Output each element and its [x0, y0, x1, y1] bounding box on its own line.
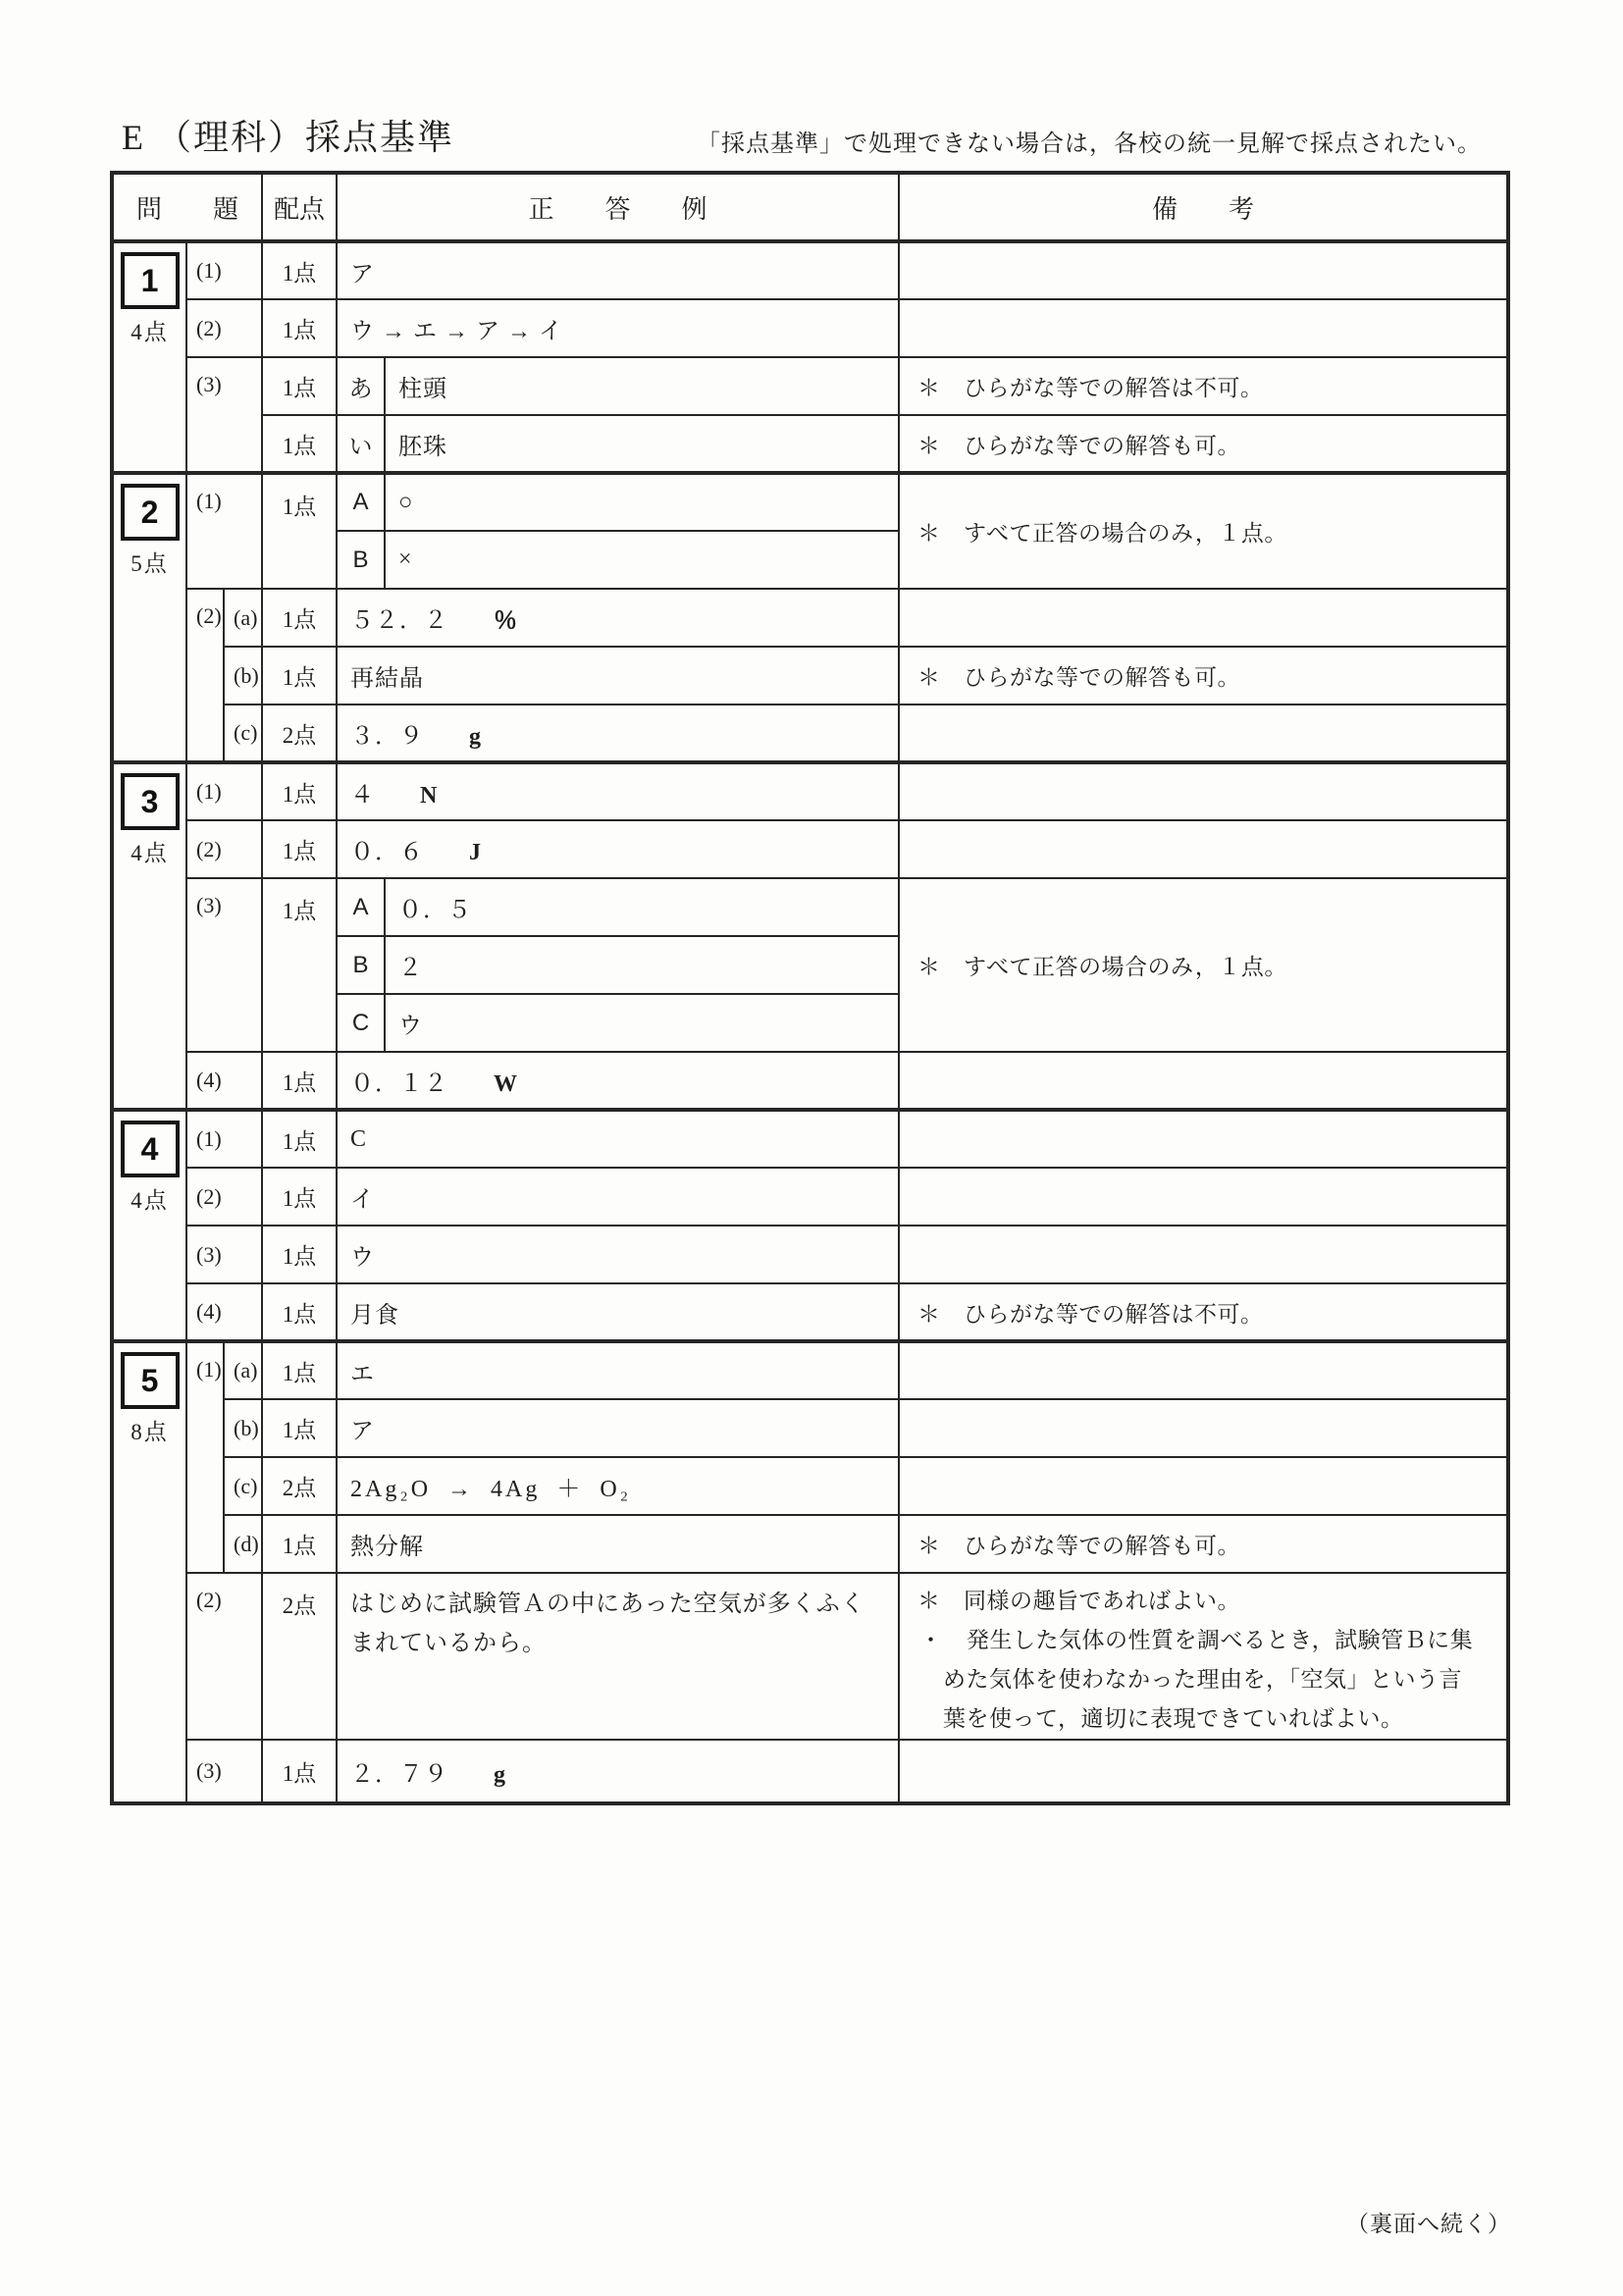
remarks-cell [899, 1457, 1508, 1515]
answer-cell: はじめに試験管Ａの中にあった空気が多くふくまれているから。 [337, 1573, 899, 1740]
question-number-cell: 2 5点 [112, 473, 186, 762]
points-cell: 1点 [262, 589, 337, 647]
rubric-table: 問 題 配点 正 答 例 備 考 1 4点 (1) 1点 ア (2) 1点 [110, 171, 1510, 1805]
sub-question-letter-cell: (c) [224, 1457, 262, 1515]
answer-cell: ア [337, 241, 899, 299]
points-cell: 1点 [262, 1226, 337, 1283]
question-number-cell: 4 4点 [112, 1110, 186, 1341]
sub-question-cell: (2) [186, 1168, 262, 1226]
answer-value: ５２．２ [350, 608, 448, 634]
table-row: (3) 1点 あ 柱頭 ＊ ひらがな等での解答は不可。 [112, 357, 1508, 415]
answer-cell: 胚珠 [385, 415, 899, 473]
answer-cell: ウ → エ → ア → イ [337, 299, 899, 357]
sub-question-cell: (1) [186, 241, 262, 299]
remarks-cell [899, 1052, 1508, 1110]
answer-unit: g [469, 724, 482, 750]
question-number-cell: 3 4点 [112, 762, 186, 1110]
sub-question-cell: (1) [186, 1341, 224, 1573]
remarks-cell: ＊ ひらがな等での解答も可。 [899, 647, 1508, 704]
header-note: 「採点基準」で処理できない場合は，各校の統一見解で採点されたい。 [697, 124, 1482, 158]
points-cell: 1点 [262, 1283, 337, 1341]
table-row: 2 5点 (1) 1点 A ○ ＊ すべて正答の場合のみ，１点。 [112, 473, 1508, 531]
remarks-cell [899, 704, 1508, 762]
table-row: (2) (a) 1点 ５２．２％ [112, 589, 1508, 647]
table-row: (2) 1点 イ [112, 1168, 1508, 1226]
answer-cell: イ [337, 1168, 899, 1226]
remark-bullet-line: ・発生した気体の性質を調べるとき，試験管Ｂに集めた気体を使わなかった理由を，「空… [917, 1621, 1485, 1739]
remark-bullet-text: 発生した気体の性質を調べるとき，試験管Ｂに集めた気体を使わなかった理由を，「空気… [943, 1628, 1473, 1731]
answer-cell: ２．７９g [337, 1740, 899, 1803]
col-header-points: 配点 [262, 173, 337, 241]
answer-cell: ○ [385, 473, 899, 531]
answer-label-cell: あ [337, 357, 385, 415]
table-row: (4) 1点 月食 ＊ ひらがな等での解答は不可。 [112, 1283, 1508, 1341]
answer-value: ３．９ [350, 724, 424, 750]
remarks-cell: ＊ ひらがな等での解答も可。 [899, 415, 1508, 473]
question-number-box: 2 [121, 484, 180, 541]
answer-cell: ウ [337, 1226, 899, 1283]
remarks-cell: ＊ すべて正答の場合のみ，１点。 [899, 878, 1508, 1052]
table-row: 5 8点 (1) (a) 1点 エ [112, 1341, 1508, 1399]
points-cell: 1点 [262, 762, 337, 820]
sub-question-cell: (4) [186, 1052, 262, 1110]
table-row: (2) 1点 ウ → エ → ア → イ [112, 299, 1508, 357]
answer-cell: エ [337, 1341, 899, 1399]
answer-cell: ２ [385, 936, 899, 994]
sub-question-letter-cell: (b) [224, 647, 262, 704]
answer-unit: N [420, 783, 438, 809]
remarks-cell [899, 1399, 1508, 1457]
answer-cell: × [385, 531, 899, 589]
points-cell: 1点 [262, 878, 337, 1052]
question-total-points: 4点 [114, 835, 185, 867]
answer-cell: 月食 [337, 1283, 899, 1341]
points-cell: 1点 [262, 357, 337, 415]
remarks-cell [899, 1110, 1508, 1168]
table-row: (2) 1点 ０．６J [112, 820, 1508, 878]
answer-cell: ３．９g [337, 704, 899, 762]
remarks-cell: ＊ ひらがな等での解答は不可。 [899, 357, 1508, 415]
answer-value: ２．７９ [350, 1762, 448, 1788]
remark-line: ＊ 同様の趣旨であればよい。 [917, 1582, 1485, 1621]
answer-cell: ０．１２W [337, 1052, 899, 1110]
sub-question-cell: (2) [186, 299, 262, 357]
sub-question-cell: (1) [186, 473, 262, 589]
answer-value: ０．１２ [350, 1071, 448, 1097]
table-row: (3) 1点 ウ [112, 1226, 1508, 1283]
sub-question-cell: (2) [186, 820, 262, 878]
sub-question-letter-cell: (c) [224, 704, 262, 762]
table-row: (3) 1点 ２．７９g [112, 1740, 1508, 1803]
points-cell: 1点 [262, 1399, 337, 1457]
answer-cell: ５２．２％ [337, 589, 899, 647]
remarks-cell [899, 1740, 1508, 1803]
answer-cell: 柱頭 [385, 357, 899, 415]
points-cell: 1点 [262, 1740, 337, 1803]
points-cell: 1点 [262, 1052, 337, 1110]
sub-question-letter-cell: (b) [224, 1399, 262, 1457]
col-header-remarks: 備 考 [899, 173, 1508, 241]
points-cell: 1点 [262, 1341, 337, 1399]
remarks-cell [899, 589, 1508, 647]
sub-question-cell: (2) [186, 1573, 262, 1740]
points-cell: 1点 [262, 1515, 337, 1573]
table-row: (d) 1点 熱分解 ＊ ひらがな等での解答も可。 [112, 1515, 1508, 1573]
footer-note: （裏面へ続く） [1346, 2206, 1511, 2238]
question-number-box: 5 [121, 1352, 180, 1409]
answer-cell: ウ [385, 994, 899, 1052]
points-cell: 2点 [262, 704, 337, 762]
points-cell: 1点 [262, 820, 337, 878]
question-total-points: 5点 [114, 546, 185, 578]
answer-unit: ％ [494, 608, 518, 634]
answer-unit: g [494, 1762, 506, 1788]
points-cell: 1点 [262, 1110, 337, 1168]
sub-question-cell: (3) [186, 1226, 262, 1283]
remarks-cell [899, 1226, 1508, 1283]
answer-unit: W [494, 1071, 518, 1097]
sub-question-cell: (1) [186, 762, 262, 820]
sub-question-cell: (2) [186, 589, 224, 762]
sub-question-cell: (3) [186, 357, 262, 473]
table-row: (4) 1点 ０．１２W [112, 1052, 1508, 1110]
table-row: 1点 い 胚珠 ＊ ひらがな等での解答も可。 [112, 415, 1508, 473]
points-cell: 1点 [262, 1168, 337, 1226]
col-header-question: 問 題 [112, 173, 262, 241]
answer-cell: ア [337, 1399, 899, 1457]
answer-unit: J [469, 840, 482, 865]
points-cell: 2点 [262, 1573, 337, 1740]
question-total-points: 4点 [114, 314, 185, 346]
answer-cell: 熱分解 [337, 1515, 899, 1573]
question-number-cell: 1 4点 [112, 241, 186, 473]
sub-question-cell: (3) [186, 1740, 262, 1803]
answer-label-cell: B [337, 531, 385, 589]
question-number-cell: 5 8点 [112, 1341, 186, 1803]
answer-cell: ０．６J [337, 820, 899, 878]
answer-value: ０．６ [350, 840, 424, 865]
question-total-points: 4点 [114, 1182, 185, 1215]
table-row: (3) 1点 A ０．５ ＊ すべて正答の場合のみ，１点。 [112, 878, 1508, 936]
table-row: 1 4点 (1) 1点 ア [112, 241, 1508, 299]
sub-question-letter-cell: (a) [224, 589, 262, 647]
points-cell: 1点 [262, 241, 337, 299]
header-row: 問 題 配点 正 答 例 備 考 [112, 173, 1508, 241]
bullet-marker: ・ [919, 1621, 943, 1660]
table-row: (b) 1点 ア [112, 1399, 1508, 1457]
points-cell: 1点 [262, 299, 337, 357]
answer-cell: C [337, 1110, 899, 1168]
answer-cell: 2Ag₂O → 4Ag ＋ O₂ [337, 1457, 899, 1515]
answer-label-cell: C [337, 994, 385, 1052]
sub-question-cell: (3) [186, 878, 262, 1052]
sub-question-letter-cell: (d) [224, 1515, 262, 1573]
points-cell: 1点 [262, 647, 337, 704]
table-row: (b) 1点 再結晶 ＊ ひらがな等での解答も可。 [112, 647, 1508, 704]
rubric-table-container: 問 題 配点 正 答 例 備 考 1 4点 (1) 1点 ア (2) 1点 [110, 171, 1510, 1805]
remarks-cell: ＊ 同様の趣旨であればよい。 ・発生した気体の性質を調べるとき，試験管Ｂに集めた… [899, 1573, 1508, 1740]
sub-question-cell: (4) [186, 1283, 262, 1341]
answer-cell: 再結晶 [337, 647, 899, 704]
answer-cell: ４N [337, 762, 899, 820]
remarks-cell: ＊ ひらがな等での解答も可。 [899, 1515, 1508, 1573]
sub-question-letter-cell: (a) [224, 1341, 262, 1399]
question-number-box: 3 [121, 773, 180, 830]
remarks-cell [899, 241, 1508, 299]
table-row: 4 4点 (1) 1点 C [112, 1110, 1508, 1168]
question-number-box: 1 [121, 252, 180, 309]
table-row: (c) 2点 ３．９g [112, 704, 1508, 762]
remarks-cell: ＊ すべて正答の場合のみ，１点。 [899, 473, 1508, 589]
table-row: (2) 2点 はじめに試験管Ａの中にあった空気が多くふくまれているから。 ＊ 同… [112, 1573, 1508, 1740]
answer-label-cell: B [337, 936, 385, 994]
remarks-cell [899, 762, 1508, 820]
scanned-rubric-page: E （理科）採点基準 「採点基準」で処理できない場合は，各校の統一見解で採点され… [0, 0, 1623, 2296]
answer-cell: ０．５ [385, 878, 899, 936]
page-title: E （理科）採点基準 [122, 110, 454, 160]
remarks-cell [899, 1168, 1508, 1226]
remarks-cell: ＊ ひらがな等での解答は不可。 [899, 1283, 1508, 1341]
table-row: 3 4点 (1) 1点 ４N [112, 762, 1508, 820]
col-header-answer: 正 答 例 [337, 173, 899, 241]
question-number-box: 4 [121, 1121, 180, 1177]
remarks-cell [899, 820, 1508, 878]
answer-value: ４ [350, 783, 375, 809]
points-cell: 2点 [262, 1457, 337, 1515]
answer-label-cell: A [337, 473, 385, 531]
remarks-cell [899, 299, 1508, 357]
answer-label-cell: A [337, 878, 385, 936]
question-total-points: 8点 [114, 1414, 185, 1446]
answer-label-cell: い [337, 415, 385, 473]
remarks-cell [899, 1341, 1508, 1399]
points-cell: 1点 [262, 473, 337, 589]
sub-question-cell: (1) [186, 1110, 262, 1168]
table-row: (c) 2点 2Ag₂O → 4Ag ＋ O₂ [112, 1457, 1508, 1515]
points-cell: 1点 [262, 415, 337, 473]
